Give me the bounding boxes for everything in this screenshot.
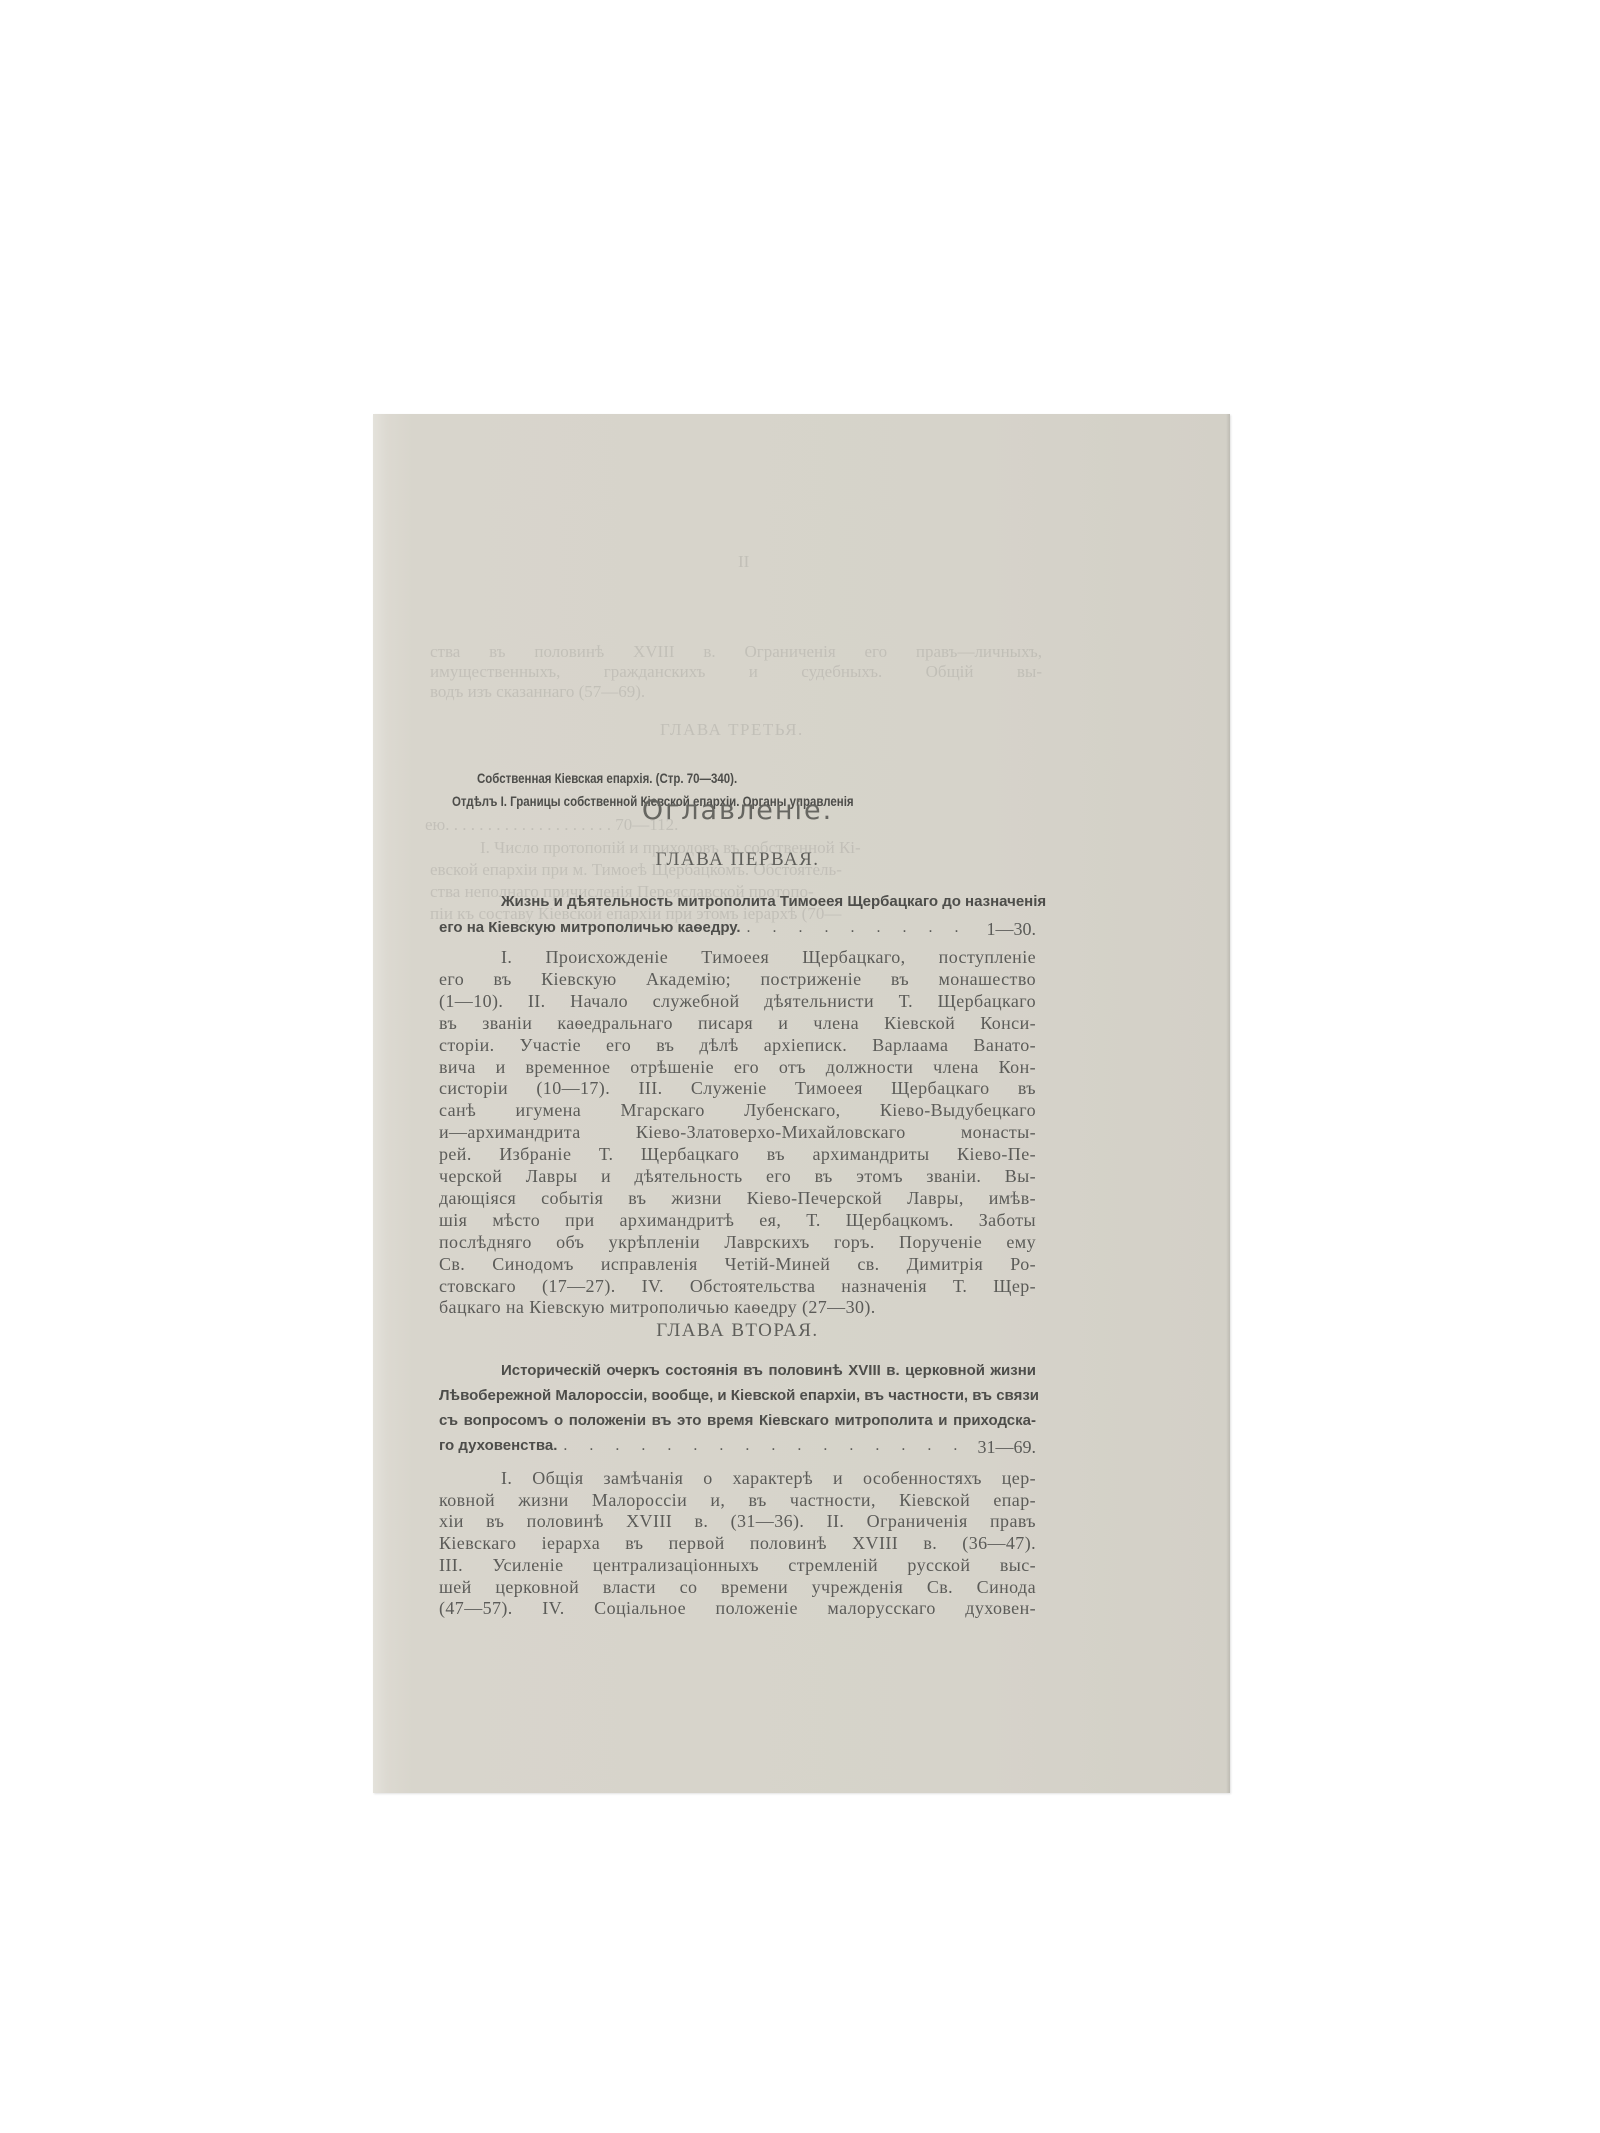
show-through-line: ства въ половинѣ XVIII в. Ограниченія ег… [430,642,1042,662]
body-text-line: ковной жизни Малороссіи и, въ частности,… [439,1490,1036,1512]
show-through-chapter: ГЛАВА ТРЕТЬЯ. [660,720,804,740]
body-text-line: вича и временное отрѣшеніе его отъ должн… [439,1057,1036,1079]
body-text-line: и—архимандрита Кіево-Златоверхо-Михайлов… [439,1122,1036,1144]
page-title: Оглавленіе. [439,795,1036,826]
body-text-line: (1—10). II. Начало служебной дѣятельнист… [439,991,1036,1013]
chapter-summary-line: го духовенства. [439,1437,557,1459]
leader-dots: . . . . . . . . . . . . . . . . . . . . … [563,1437,971,1459]
chapter-heading: ГЛАВА ВТОРАЯ. [439,1320,1036,1342]
show-through-page-number: II [738,552,749,572]
page-range: 1—30. [987,919,1037,941]
body-text-line: бацкаго на Кіевскую митрополичью каѳедру… [439,1297,1036,1319]
page-range: 31—69. [978,1437,1037,1459]
body-text-line: шей церковной власти со времени учрежден… [439,1577,1036,1599]
body-text-line: III. Усиленіе централизаціонныхъ стремле… [439,1555,1036,1577]
show-through-bold-line: Собственная Кіевская епархія. (Стр. 70—3… [477,770,737,786]
body-text-line: хіи въ половинѣ XVIII в. (31—36). II. Ог… [439,1511,1036,1533]
body-text-line: Св. Синодомъ исправленія Четій-Миней св.… [439,1254,1036,1276]
body-text-line: рей. Избраніе Т. Щербацкаго въ архимандр… [439,1144,1036,1166]
chapter-summary-line: Историческій очеркъ состоянія въ половин… [439,1362,1036,1384]
body-text-line: I. Общія замѣчанія о характерѣ и особенн… [439,1468,1036,1490]
toc-entry-row: его на Кіевскую митрополичью каѳедру.. .… [439,919,1036,941]
body-text-line: сторіи. Участіе его въ дѣлѣ архіеписк. В… [439,1035,1036,1057]
body-text-line: стовскаго (17—27). IV. Обстоятельства на… [439,1276,1036,1298]
body-text-line: систоріи (10—17). III. Служеніе Тимоеея … [439,1078,1036,1100]
body-text-line: I. Происхожденіе Тимоеея Щербацкаго, пос… [439,947,1036,969]
body-text-line: Кіевскаго іерарха въ первой половинѣ XVI… [439,1533,1036,1555]
toc-entry-row: го духовенства.. . . . . . . . . . . . .… [439,1437,1036,1459]
show-through-line: имущественныхъ, гражданскихъ и судебныхъ… [430,662,1042,682]
body-text-line: санѣ игумена Мгарскаго Лубенскаго, Кіево… [439,1100,1036,1122]
chapter-summary-line: его на Кіевскую митрополичью каѳедру. [439,919,741,941]
chapter-summary-line: Лѣвобережной Малороссіи, вообще, и Кіевс… [439,1387,1036,1409]
body-text-line: въ званіи каѳедральнаго писаря и члена К… [439,1013,1036,1035]
body-text-line: (47—57). IV. Соціальное положеніе малору… [439,1598,1036,1620]
body-text-line: дающіяся событія въ жизни Кіево-Печерско… [439,1188,1036,1210]
leader-dots: . . . . . . . . . . . . . . . . . . . . … [747,919,981,941]
body-text-line: его въ Кіевскую Академію; постриженіе въ… [439,969,1036,991]
chapter-summary-line: съ вопросомъ о положеніи въ это время Кі… [439,1412,1036,1434]
chapter-heading: ГЛАВА ПЕРВАЯ. [439,849,1036,871]
body-text-line: послѣдняго объ укрѣпленіи Лаврскихъ горъ… [439,1232,1036,1254]
show-through-line: водъ изъ сказаннаго (57—69). [430,682,645,702]
chapter-summary-line: Жизнь и дѣятельность митрополита Тимоеея… [439,893,1036,915]
body-text-line: шія мѣсто при архимандритѣ ея, Т. Щербац… [439,1210,1036,1232]
body-text-line: черской Лавры и дѣятельность его въ этом… [439,1166,1036,1188]
